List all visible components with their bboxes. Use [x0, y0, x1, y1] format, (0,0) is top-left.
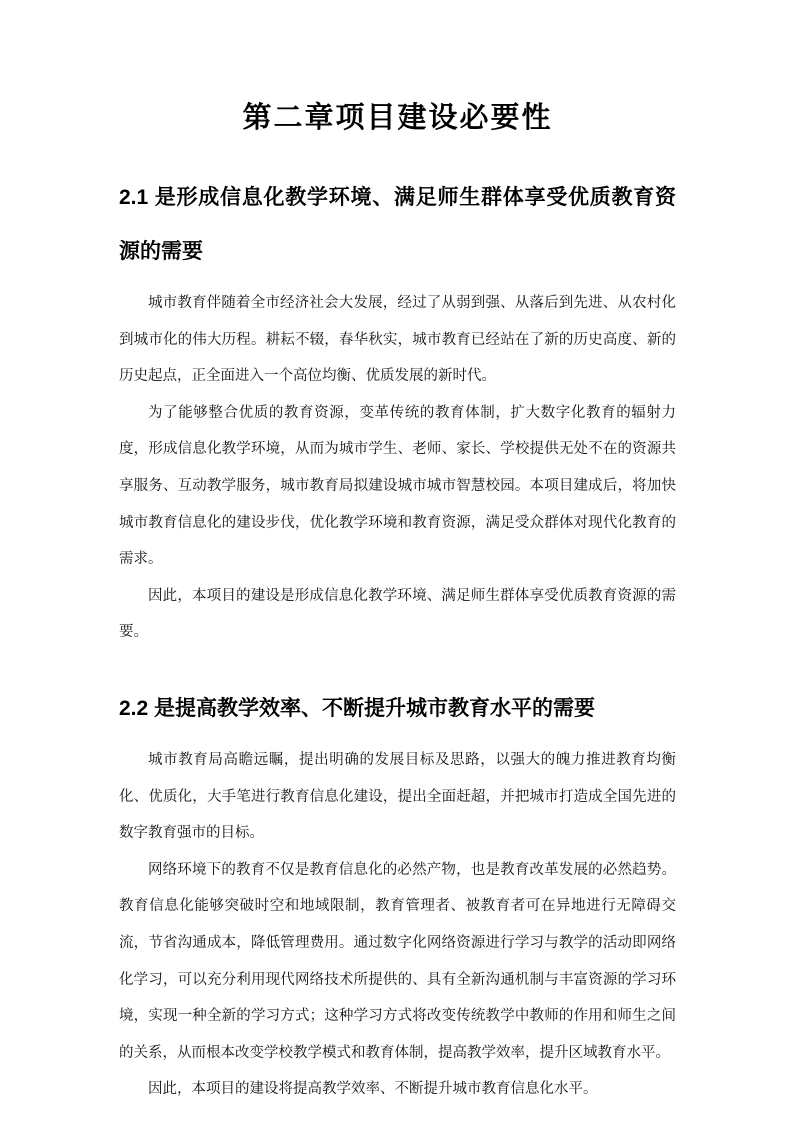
document-body: 2.1 是形成信息化教学环境、满足师生群体享受优质教育资源的需要 城市教育伴随着…: [119, 171, 676, 1108]
document-content: 第二章项目建设必要性 2.1 是形成信息化教学环境、满足师生群体享受优质教育资源…: [119, 0, 676, 1108]
section-heading: 2.2 是提高教学效率、不断提升城市教育水平的需要: [119, 682, 676, 736]
paragraph: 网络环境下的教育不仅是教育信息化的必然产物，也是教育改革发展的必然趋势。教育信息…: [119, 852, 676, 1072]
paragraph: 城市教育伴随着全市经济社会大发展，经过了从弱到强、从落后到先进、从农村化到城市化…: [119, 285, 676, 395]
paragraph: 因此，本项目的建设将提高教学效率、不断提升城市教育信息化水平。: [119, 1071, 676, 1108]
document-page: 第二章项目建设必要性 2.1 是形成信息化教学环境、满足师生群体享受优质教育资源…: [0, 0, 793, 1122]
paragraph: 因此，本项目的建设是形成信息化教学环境、满足师生群体享受优质教育资源的需要。: [119, 578, 676, 651]
document-section: 2.1 是形成信息化教学环境、满足师生群体享受优质教育资源的需要 城市教育伴随着…: [119, 171, 676, 651]
document-section: 2.2 是提高教学效率、不断提升城市教育水平的需要 城市教育局高瞻远瞩，提出明确…: [119, 682, 676, 1108]
section-heading: 2.1 是形成信息化教学环境、满足师生群体享受优质教育资源的需要: [119, 171, 676, 279]
paragraph: 城市教育局高瞻远瞩，提出明确的发展目标及思路，以强大的魄力推进教育均衡化、优质化…: [119, 742, 676, 852]
document-title: 第二章项目建设必要性: [119, 0, 676, 140]
paragraph: 为了能够整合优质的教育资源，变革传统的教育体制，扩大数字化教育的辐射力度，形成信…: [119, 395, 676, 578]
